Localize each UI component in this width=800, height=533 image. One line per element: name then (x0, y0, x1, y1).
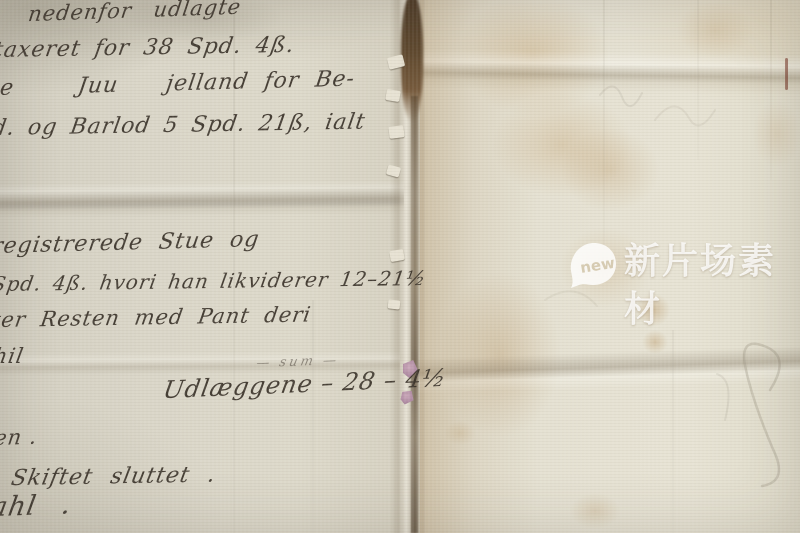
watermark-new-badge-icon: new (568, 242, 618, 288)
watermark-brand-text: 新片场素材 (624, 238, 788, 334)
photo-old-document: nedenfor udlagte taxeret for 38 Spd. 4ß.… (0, 0, 800, 533)
stock-watermark: new 新片场素材 (568, 238, 788, 290)
